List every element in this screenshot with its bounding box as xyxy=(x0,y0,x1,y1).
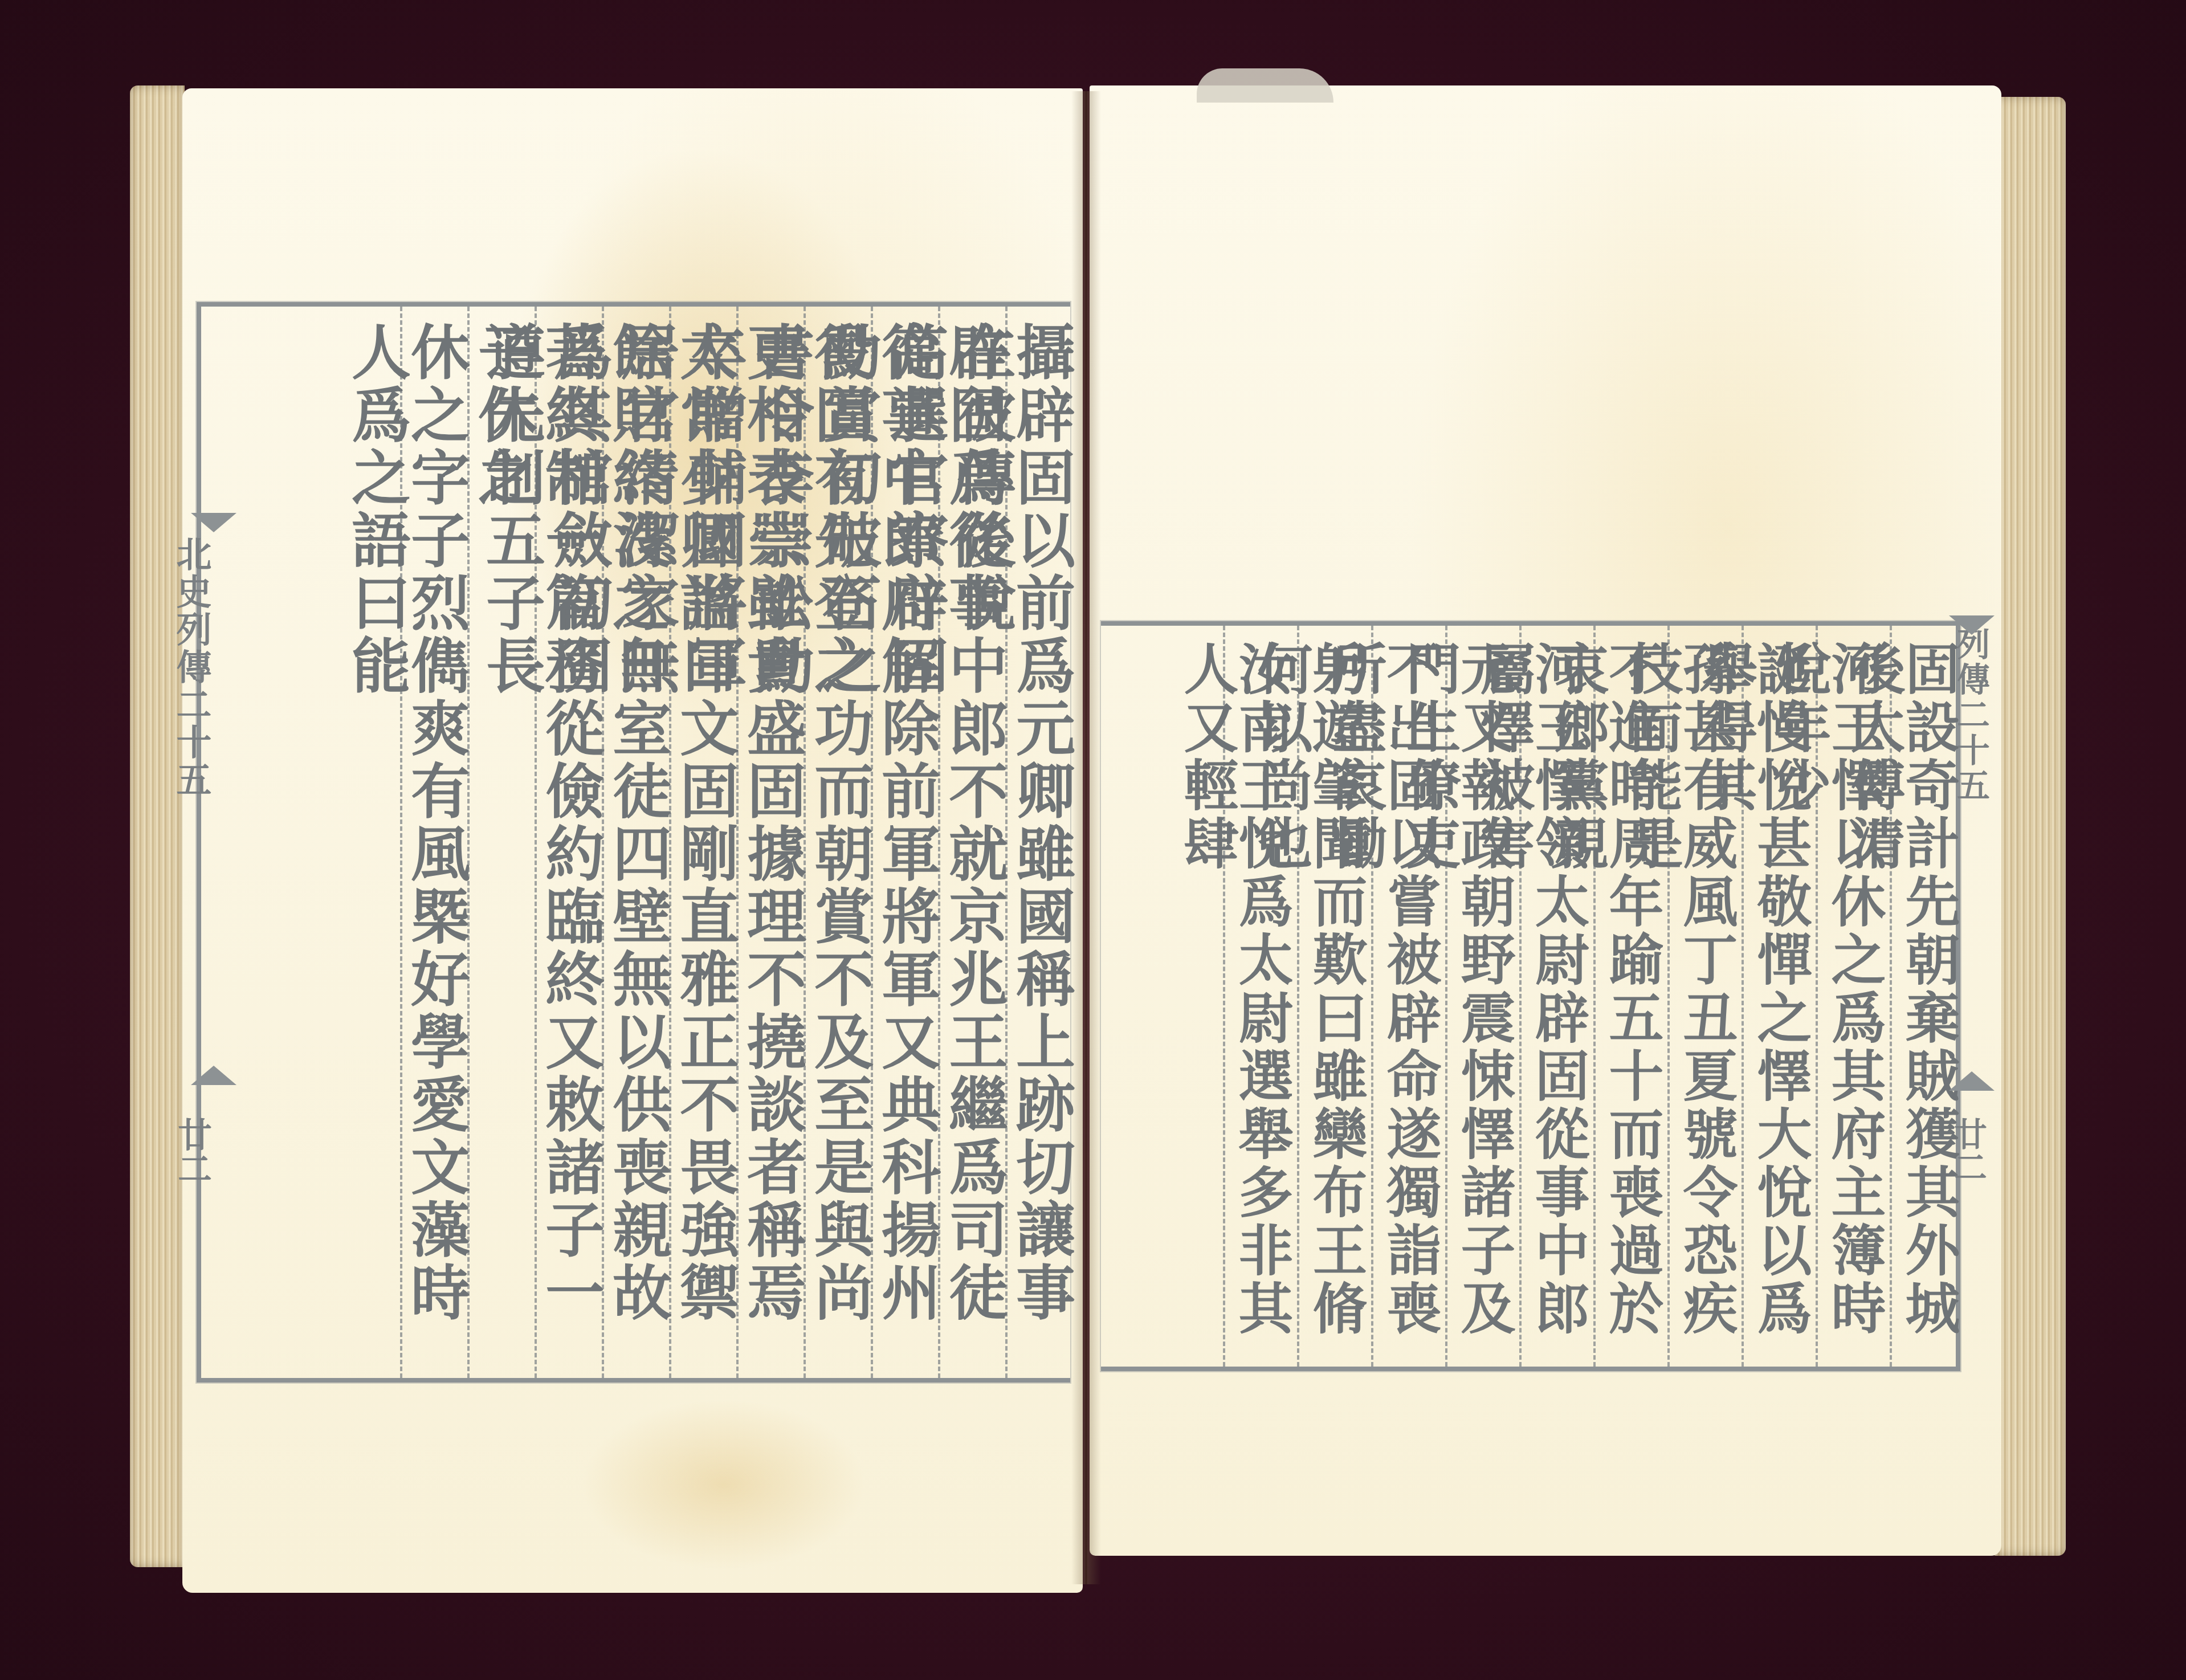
fishtail-mark xyxy=(1949,1071,1995,1091)
water-stain xyxy=(581,1399,866,1570)
left-page-number: 廿二 xyxy=(182,1117,217,1185)
text-column: 太常少卿諡曰文固剛直雅正不畏強禦居官清潔家無 xyxy=(669,307,734,1378)
right-banner-title: 列傳二十五 xyxy=(1949,627,1995,1197)
left-text-frame: 攝辟固以前爲元卿雖國稱上跡切讓事在彼傳後悅 辟固爲從事中郎不就京兆王繼爲司徒高選… xyxy=(197,302,1070,1383)
text-column: 河王懌領太尉辟固從事中郎屬懌被害 xyxy=(1519,626,1585,1367)
text-column: 不出固以嘗被辟命遂獨詣喪所盡哀慟 xyxy=(1371,626,1437,1367)
left-banner-title: 北史列傳二十五 xyxy=(171,513,217,1049)
right-page-block-edge xyxy=(1995,97,2066,1556)
right-text-frame: 固設奇計先朝棄賊獲其外城後太傅清 河王懌以休之爲其府主簿時悅年少 誕慢悅甚敬憚之… xyxy=(1101,621,1960,1371)
text-column: 躬遊肇聞而歎曰雖欒布王脩何以尚也 xyxy=(1297,626,1363,1367)
text-column: 攝辟固以前爲元卿雖國稱上跡切讓事在彼傳後悅 xyxy=(1005,307,1070,1378)
fishtail-mark xyxy=(191,1066,236,1085)
open-book: 攝辟固以前爲元卿雖國稱上跡切讓事在彼傳後悅 辟固爲從事中郎不就京兆王繼爲司徒高選… xyxy=(0,0,2186,1680)
text-column: 固設奇計先朝棄賊獲其外城後太傅清 xyxy=(1890,626,1956,1367)
paper-flap xyxy=(1197,68,1333,103)
text-column: 著終制一篇務從儉約臨終又敕諸子一遵先制五子長 xyxy=(535,307,599,1378)
text-column: 從事中郎府解除前軍將軍又典科揚州勳賞初破石之 xyxy=(871,307,936,1378)
text-column: 誕慢悅甚敬憚之懌大悅以爲舉得其 xyxy=(1742,626,1808,1367)
text-column: 休之字子烈儁爽有風槩好學愛文藻時人爲之語曰能 xyxy=(400,307,465,1378)
text-column: 更相表崇雖貴盛固據理不撓談者稱焉卒贈輔國將軍 xyxy=(736,307,801,1378)
fishtail-mark xyxy=(1949,615,1995,635)
text-column: 餘財終没之日室徒四壁無以供喪親故爲其棺斂初固 xyxy=(602,307,667,1378)
text-column: 役固有先登之功而朝賞不及至是與尚書令李崇訟勳 xyxy=(804,307,868,1378)
text-column: 元叉執政朝野震悚懌諸子及門生僚吏 xyxy=(1445,626,1511,1367)
fishtail-mark xyxy=(191,513,236,532)
text-column: 子休之 xyxy=(467,307,532,1378)
text-column: 辟固爲從事中郎不就京兆王繼爲司徒高選官寮辟固 xyxy=(938,307,1003,1378)
text-column: 汝南王悅爲太尉選舉多非其人又輕肆 xyxy=(1223,626,1289,1367)
right-page-number: 廿二 xyxy=(1957,1117,1992,1183)
text-column: 河王懌以休之爲其府主簿時悅年少 xyxy=(1816,626,1882,1367)
text-column: 不進時周年踰五十而喪過於哀鄉黨親 xyxy=(1593,626,1659,1367)
text-column: 孫甚有威風丁丑夏號令恐疾技而能是 xyxy=(1667,626,1734,1367)
